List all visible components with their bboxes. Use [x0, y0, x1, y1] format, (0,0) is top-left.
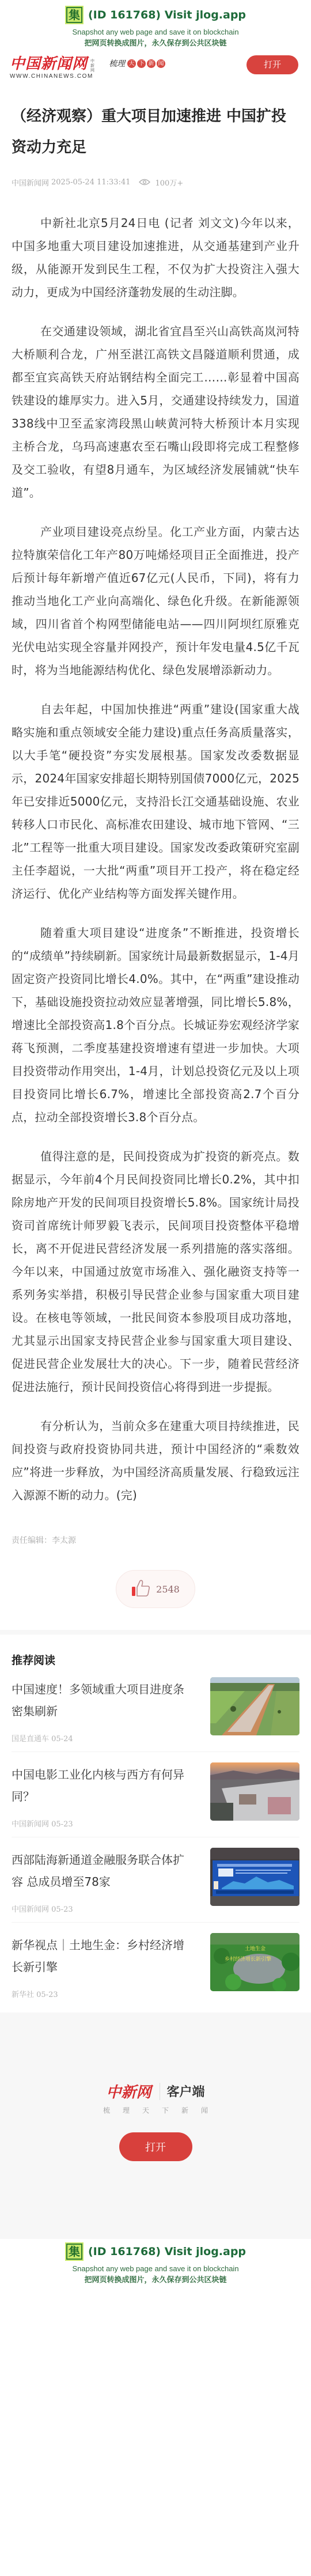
article-body: 中新社北京5月24日电 (记者 刘文文)今年以来，中国多地重大项目建设加速推进，… [12, 211, 299, 1507]
jlog-tagline-cn: 把网页转换成图片，永久保存到公共区块链 [0, 37, 311, 48]
site-logo[interactable]: 中国新闻网 中新网 WWW.CHINANEWS.COM [10, 55, 95, 80]
recommend-meta: 国是直通车 05-24 [12, 1733, 190, 1743]
jlog-logo-icon: 集 [65, 6, 84, 24]
footer-slogan: 梳理天下新闻 [90, 2105, 221, 2115]
jlog-banner-bottom: 集 (ID 161768) Visit jlog.app Snapshot an… [0, 2239, 311, 2286]
logo-side-text: 中新网 [90, 59, 95, 73]
like-button[interactable]: 2548 [116, 1570, 195, 1608]
slogan-char: 下 [137, 59, 146, 68]
footer-brand: 中新网 客户端 [106, 2081, 204, 2102]
recommend-headline[interactable]: 中国电影工业化内核与西方有何异同？ [12, 1764, 190, 1807]
thumbnail-village-lake-image[interactable]: 土地生金 乡村经济增长新引擎 [210, 1933, 299, 1991]
open-app-button-footer[interactable]: 打开 [119, 2132, 192, 2161]
jlog-tagline-cn: 把网页转换成图片，永久保存到公共区块链 [0, 2274, 311, 2284]
open-app-button[interactable]: 打开 [246, 55, 298, 74]
recommend-item[interactable]: 西部陆海新通道金融服务联合体扩容 总成员增至78家 中国新闻网 05-23 [12, 1837, 299, 1923]
recommend-meta: 中国新闻网 05-23 [12, 1903, 190, 1914]
header-slogan: 梳理 天 下 新 闻 [109, 58, 165, 69]
footer-divider [160, 2083, 160, 2100]
footer-logo: 中新网 [106, 2081, 151, 2102]
paragraph: 随着重大项目建设“进度条”不断推进，投资增长的“成绩单”持续刷新。国家统计局最新… [12, 921, 299, 1129]
paragraph: 中新社北京5月24日电 (记者 刘文文)今年以来，中国多地重大项目建设加速推进，… [12, 211, 299, 304]
article-datetime: 2025-05-24 11:33:41 [51, 178, 130, 187]
paragraph: 自去年起，中国加快推进“两重”建设(国家重大战略实施和重点领域安全能力建设)重点… [12, 698, 299, 905]
paragraph: 在交通建设领域，湖北省宜昌至兴山高铁高岚河特大桥顺利合龙，广州至湛江高铁文昌隧道… [12, 320, 299, 504]
thumbs-up-icon [131, 1579, 151, 1599]
jlog-tagline-en: Snapshot any web page and save it on blo… [0, 2264, 311, 2273]
recommend-item[interactable]: 中国速度！多领域重大项目进度条密集刷新 国是直通车 05-24 [12, 1667, 299, 1752]
recommend-meta: 中国新闻网 05-23 [12, 1818, 190, 1829]
jlog-tagline-en: Snapshot any web page and save it on blo… [0, 28, 311, 36]
paragraph: 产业项目建设亮点纷呈。化工产业方面，内蒙古达拉特旗荣信化工年产80万吨烯烃项目正… [12, 520, 299, 682]
logo-url: WWW.CHINANEWS.COM [10, 73, 95, 80]
recommend-headline[interactable]: 新华视点｜土地生金：乡村经济增长新引擎 [12, 1934, 190, 1978]
like-count: 2548 [156, 1584, 180, 1595]
recommend-headline[interactable]: 西部陆海新通道金融服务联合体扩容 总成员增至78家 [12, 1849, 190, 1893]
article: （经济观察）重大项目加速推进 中国扩投资动力充足 中国新闻网 2025-05-2… [0, 101, 311, 1608]
logo-text: 中国新闻网 [10, 55, 88, 73]
slogan-char: 天 [127, 59, 136, 68]
editor-credit: 责任编辑：李太源 [12, 1534, 299, 1546]
svg-text:土地生金: 土地生金 [245, 1945, 266, 1952]
app-promo-footer: 中新网 客户端 梳理天下新闻 打开 [0, 2013, 311, 2239]
thumbnail-film-studio-image[interactable] [210, 1762, 299, 1821]
recommend-item[interactable]: 中国电影工业化内核与西方有何异同？ 中国新闻网 05-23 [12, 1752, 299, 1837]
section-divider [0, 1630, 311, 1635]
thumbnail-conference-image[interactable] [210, 1848, 299, 1906]
recommend-section: 推荐阅读 中国速度！多领域重大项目进度条密集刷新 国是直通车 05-24 中国电… [0, 1652, 311, 2008]
paragraph: 值得注意的是，民间投资成为扩投资的新亮点。数据显示，今年前4个月民间投资同比增长… [12, 1145, 299, 1398]
footer-brand-text: 客户端 [167, 2082, 205, 2100]
article-source: 中国新闻网 [12, 177, 49, 188]
view-count: 100万+ [155, 177, 184, 188]
thumbnail-railway-image[interactable] [210, 1677, 299, 1735]
recommend-item[interactable]: 新华视点｜土地生金：乡村经济增长新引擎 新华社 05-23 土地生金 乡村经济增… [12, 1923, 299, 2008]
jlog-id-link[interactable]: (ID 161768) Visit jlog.app [88, 2245, 246, 2258]
article-title: （经济观察）重大项目加速推进 中国扩投资动力充足 [12, 101, 299, 163]
recommend-meta: 新华社 05-23 [12, 1988, 190, 1999]
eye-icon [139, 179, 150, 186]
site-header: 中国新闻网 中新网 WWW.CHINANEWS.COM 梳理 天 下 新 闻 打… [0, 51, 311, 88]
jlog-banner-top: 集 (ID 161768) Visit jlog.app Snapshot an… [0, 0, 311, 51]
jlog-id-link[interactable]: (ID 161768) Visit jlog.app [88, 9, 246, 21]
slogan-char: 闻 [157, 59, 165, 68]
slogan-char: 新 [147, 59, 155, 68]
recommend-headline[interactable]: 中国速度！多领域重大项目进度条密集刷新 [12, 1678, 190, 1722]
article-meta: 中国新闻网 2025-05-24 11:33:41 100万+ [12, 176, 299, 188]
recommend-title: 推荐阅读 [12, 1652, 299, 1667]
jlog-logo-icon: 集 [65, 2242, 84, 2261]
svg-text:乡村经济增长新引擎: 乡村经济增长新引擎 [225, 1955, 271, 1962]
paragraph: 有分析认为，当前众多在建重大项目持续推进，民间投资与政府投资协同共进，预计中国经… [12, 1414, 299, 1507]
